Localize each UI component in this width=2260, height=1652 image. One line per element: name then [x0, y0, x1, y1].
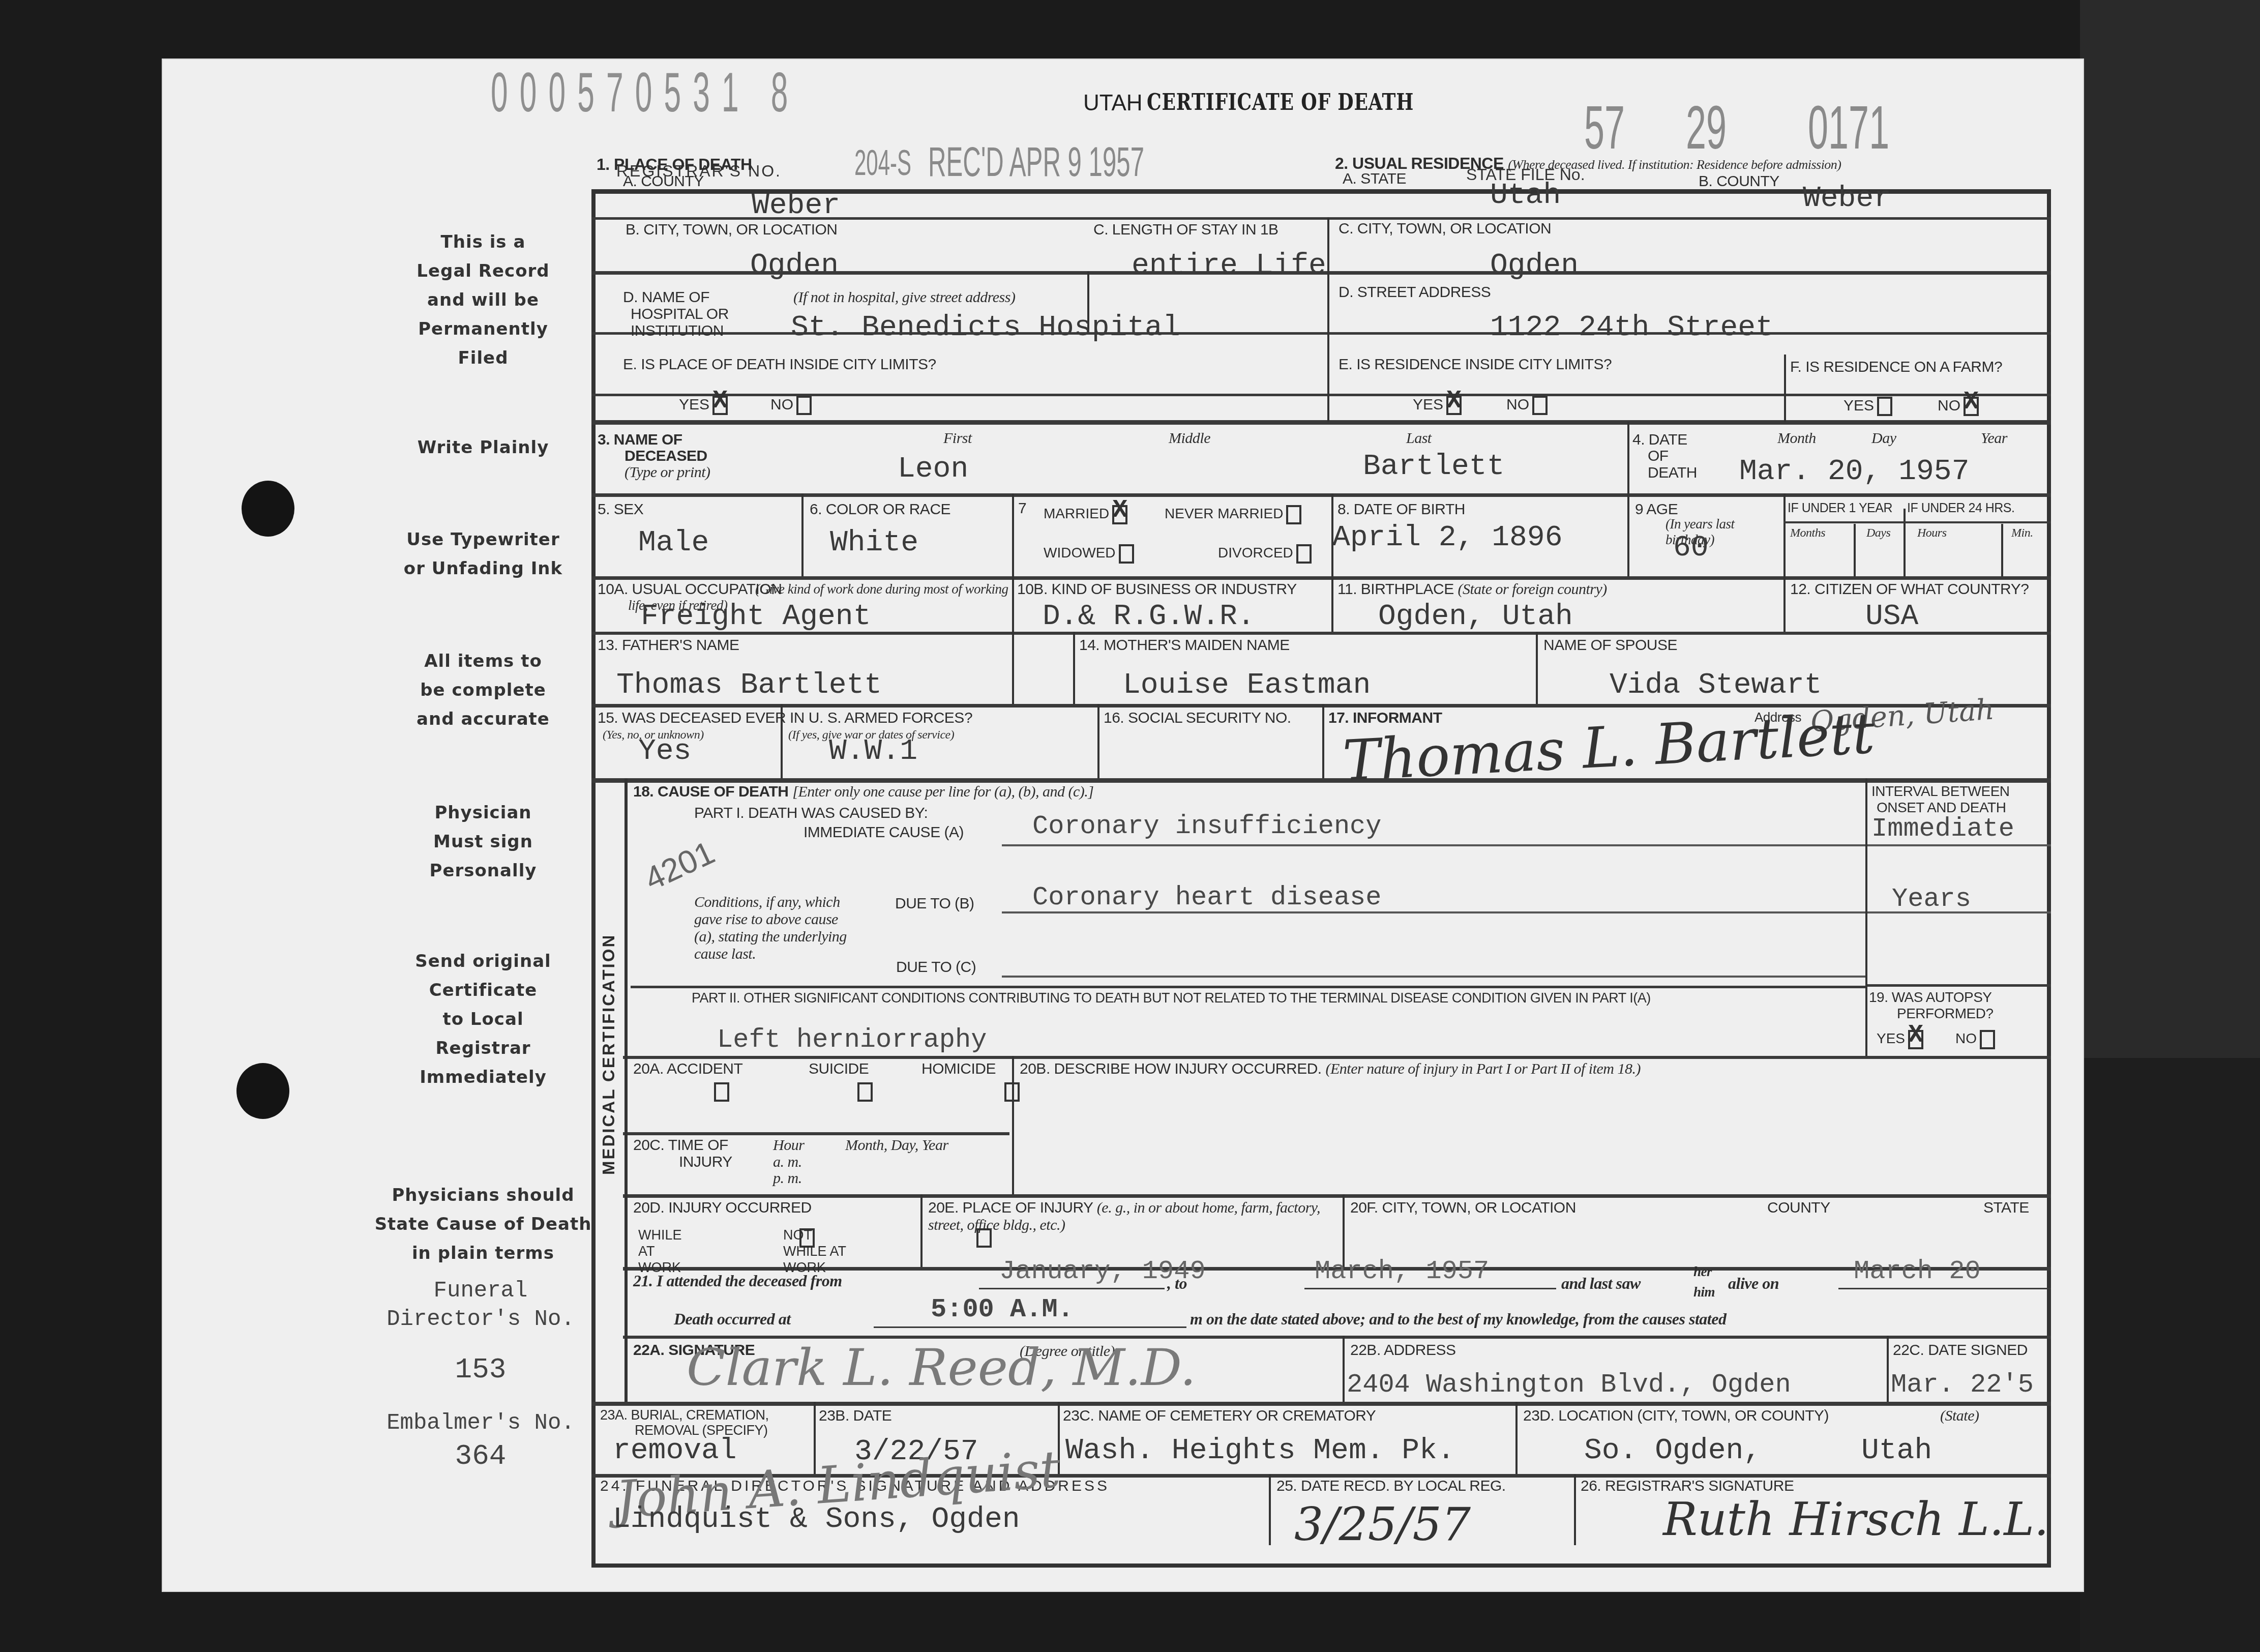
- age-value[interactable]: 60: [1673, 532, 1709, 565]
- accident-checkbox[interactable]: [714, 1082, 729, 1102]
- citizen-value[interactable]: USA: [1865, 600, 1918, 633]
- date-of-death-label-1: 4. DATE: [1632, 431, 1687, 449]
- autopsy-label-2: PERFORMED?: [1897, 1006, 1993, 1022]
- physician-signature[interactable]: Clark L. Reed, M.D.: [687, 1338, 1196, 1397]
- occupation-value[interactable]: Freight Agent: [641, 600, 871, 633]
- hospital-label-3: INSTITUTION: [631, 322, 724, 340]
- death-inside-city-no[interactable]: NO: [770, 396, 812, 415]
- first-name-value[interactable]: Leon: [898, 453, 968, 486]
- him-label: him: [1693, 1284, 1715, 1300]
- marital-divorced[interactable]: DIVORCED: [1218, 544, 1312, 564]
- residence-street-value[interactable]: 1122 24th Street: [1490, 311, 1773, 344]
- checkbox-icon[interactable]: [1296, 544, 1312, 564]
- sex-label: 5. SEX: [598, 501, 643, 518]
- checkbox-checked-icon[interactable]: [1964, 397, 1979, 416]
- time-of-injury-label-2: INJURY: [679, 1154, 732, 1171]
- date-recd-label: 25. DATE RECD. BY LOCAL REG.: [1276, 1478, 1506, 1495]
- residence-state-value[interactable]: Utah: [1490, 179, 1561, 212]
- punch-hole-bottom: [236, 1063, 289, 1119]
- hospital-hint: (If not in hospital, give street address…: [793, 289, 1015, 306]
- death-city-value[interactable]: Ogden: [750, 249, 839, 282]
- location-value[interactable]: So. Ogden,: [1584, 1434, 1761, 1467]
- place-of-injury-label: 20e. PLACE OF INJURY (e. g., in or about…: [928, 1199, 1335, 1234]
- autopsy-label-1: 19. WAS AUTOPSY: [1869, 989, 1991, 1006]
- mother-label: 14. MOTHER'S MAIDEN NAME: [1079, 637, 1290, 654]
- injury-description-label: 20b. DESCRIBE HOW INJURY OCCURRED. (Ente…: [1020, 1060, 1641, 1078]
- marital-never-married[interactable]: NEVER MARRIED: [1165, 505, 1301, 524]
- checkbox-checked-icon[interactable]: [1908, 1030, 1923, 1049]
- death-city-label: b. CITY, TOWN, OR LOCATION: [626, 221, 838, 239]
- last-saw-value[interactable]: March 20: [1854, 1256, 1981, 1286]
- suicide-checkbox[interactable]: [857, 1082, 873, 1102]
- residence-street-label: d. STREET ADDRESS: [1339, 284, 1491, 301]
- checkbox-checked-icon[interactable]: [1112, 505, 1127, 524]
- death-time-value[interactable]: 5:00 A.M.: [931, 1294, 1074, 1324]
- residence-city-value[interactable]: Ogden: [1490, 249, 1579, 282]
- date-recd-value[interactable]: 3/25/57: [1294, 1498, 1471, 1551]
- immediate-cause-label: IMMEDIATE CAUSE (a): [804, 824, 964, 841]
- citizen-label: 12. CITIZEN OF WHAT COUNTRY?: [1790, 581, 2029, 598]
- certificate-title: CERTIFICATE OF DEATH: [1147, 90, 1414, 115]
- interval-label-1: INTERVAL BETWEEN: [1871, 783, 2010, 800]
- part2-value[interactable]: Left herniorraphy: [717, 1025, 987, 1055]
- min-label: Min.: [2011, 526, 2033, 540]
- physician-address-value[interactable]: 2404 Washington Blvd., Ogden: [1347, 1370, 1791, 1400]
- autopsy-yes[interactable]: YES: [1877, 1030, 1923, 1049]
- days-label: Days: [1866, 526, 1890, 540]
- under-1-year-label: IF UNDER 1 YEAR: [1788, 501, 1892, 516]
- part1-label: PART I. DEATH WAS CAUSED BY:: [694, 805, 928, 822]
- state-file-no-part-1: 57: [1584, 93, 1625, 163]
- residence-inside-city-label: e. IS RESIDENCE INSIDE CITY LIMITS?: [1339, 356, 1612, 373]
- sex-value[interactable]: Male: [638, 526, 709, 559]
- first-name-label: First: [943, 430, 972, 447]
- dob-label: 8. DATE OF BIRTH: [1337, 501, 1465, 518]
- embalmer-no: 364: [374, 1442, 587, 1470]
- race-value[interactable]: White: [830, 526, 918, 559]
- registrar-signature[interactable]: Ruth Hirsch L.L.: [1663, 1493, 2049, 1546]
- residence-county-value[interactable]: Weber: [1803, 182, 1891, 215]
- funeral-director-no-label: Funeral Director's No.: [374, 1277, 587, 1334]
- state-file-no-part-2: 29: [1686, 93, 1727, 163]
- residence-farm-label: f. IS RESIDENCE ON A FARM?: [1790, 359, 2002, 376]
- marital-married[interactable]: MARRIED: [1044, 505, 1127, 524]
- her-label: her: [1693, 1264, 1712, 1280]
- dob-value[interactable]: April 2, 1896: [1332, 521, 1562, 554]
- month-day-year-label: Month, Day, Year: [845, 1137, 948, 1154]
- due-to-b-label: DUE TO (b): [895, 895, 974, 912]
- scan-background-right-lower: [2080, 1058, 2260, 1652]
- under-24-hrs-label: IF UNDER 24 HRS.: [1907, 501, 2014, 516]
- date-signed-label: 22c. DATE SIGNED: [1893, 1342, 2028, 1359]
- injury-county-label: COUNTY: [1767, 1199, 1830, 1217]
- last-name-label: Last: [1406, 430, 1432, 447]
- location-label: 23d. LOCATION (City, town, or county): [1523, 1407, 1829, 1425]
- margin-note-legal-record: This is a Legal Record and will be Perma…: [376, 228, 590, 373]
- funeral-director-no: 153: [374, 1355, 587, 1384]
- residence-city-label: c. CITY, TOWN, OR LOCATION: [1339, 220, 1551, 238]
- place-of-death-label: 1. PLACE OF DEATH: [597, 155, 752, 174]
- date-of-death-label-2: OF: [1648, 448, 1669, 465]
- months-label: Months: [1790, 526, 1825, 540]
- medical-certification-side-label: MEDICAL CERTIFICATION: [599, 934, 618, 1175]
- interval-a-value[interactable]: Immediate: [1871, 814, 2014, 844]
- name-label-2: DECEASED: [625, 448, 707, 465]
- pm-label: p. m.: [773, 1170, 802, 1187]
- death-county-label: a. COUNTY: [623, 173, 704, 190]
- residence-inside-city-no[interactable]: NO: [1506, 396, 1548, 415]
- race-label: 6. COLOR OR RACE: [810, 501, 950, 518]
- location-state-value[interactable]: Utah: [1861, 1434, 1932, 1467]
- checkbox-icon[interactable]: [1980, 1030, 1995, 1049]
- received-stamp: REC'D APR 9 1957: [928, 138, 1144, 186]
- birthplace-label: 11. BIRTHPLACE (State or foreign country…: [1337, 581, 1607, 598]
- residence-state-label: a. STATE: [1343, 170, 1406, 188]
- war-service-value[interactable]: W.W.1: [829, 735, 917, 768]
- funeral-director-value[interactable]: Lindquist & Sons, Ogden: [613, 1503, 1020, 1536]
- interval-b-value[interactable]: Years: [1892, 884, 1971, 914]
- conditions-text: Conditions, if any, which gave rise to a…: [694, 894, 862, 963]
- checkbox-icon[interactable]: [1286, 505, 1301, 524]
- age-label: 9 AGE: [1635, 501, 1678, 518]
- am-label: a. m.: [773, 1154, 802, 1171]
- death-occurred-label: Death occurred at: [674, 1310, 791, 1329]
- not-while-at-work-label: NOT WHILE AT WORK: [783, 1227, 849, 1276]
- residence-inside-city-yes[interactable]: YES: [1413, 396, 1462, 415]
- margin-note-send-original: Send original Certificate to Local Regis…: [376, 947, 590, 1092]
- registrar-signature-label: 26. REGISTRAR'S SIGNATURE: [1581, 1478, 1794, 1495]
- date-of-death-label-3: DEATH: [1648, 464, 1697, 482]
- armed-forces-value[interactable]: Yes: [638, 735, 691, 768]
- year-label: Year: [1981, 430, 2007, 447]
- cemetery-value[interactable]: Wash. Heights Mem. Pk.: [1065, 1434, 1455, 1467]
- accident-label: 20a. ACCIDENT: [633, 1060, 742, 1078]
- checkbox-checked-icon[interactable]: [1446, 396, 1462, 415]
- death-county-value[interactable]: Weber: [752, 189, 840, 222]
- name-label-3: (Type or print): [625, 464, 710, 481]
- injury-occurred-label: 20d. INJURY OCCURRED: [633, 1199, 812, 1217]
- business-label: 10b. KIND OF BUSINESS OR INDUSTRY: [1017, 581, 1297, 598]
- margin-note-typewriter: Use Typewriter or Unfading Ink: [376, 525, 590, 583]
- homicide-label: HOMICIDE: [921, 1060, 996, 1078]
- time-of-injury-label-1: 20c. TIME OF: [633, 1137, 728, 1154]
- death-inside-city-yes[interactable]: YES: [679, 396, 728, 415]
- last-saw-label: and last saw: [1561, 1274, 1641, 1293]
- mother-value[interactable]: Louise Eastman: [1123, 669, 1371, 702]
- checkbox-icon[interactable]: [796, 396, 812, 415]
- residence-farm-yes[interactable]: YES: [1843, 397, 1892, 416]
- checkbox-icon[interactable]: [1877, 397, 1892, 416]
- alive-on-label: alive on: [1728, 1274, 1779, 1293]
- autopsy-no[interactable]: NO: [1955, 1030, 1995, 1049]
- burial-date-label: 23b. DATE: [819, 1407, 891, 1425]
- last-name-value[interactable]: Bartlett: [1363, 450, 1504, 483]
- death-time-suffix: m on the date stated above; and to the b…: [1190, 1310, 1726, 1329]
- ssn-label: 16. SOCIAL SECURITY NO.: [1104, 710, 1291, 727]
- attended-to-value[interactable]: March, 1957: [1315, 1256, 1489, 1286]
- middle-name-label: Middle: [1169, 430, 1210, 447]
- attended-to-label: , to: [1167, 1274, 1187, 1293]
- hospital-label-1: d. NAME OF: [623, 289, 709, 306]
- title-state: UTAH: [1083, 91, 1143, 116]
- while-at-work-label: WHILE AT WORK: [638, 1227, 694, 1276]
- state-file-no-part-3: 0171: [1808, 93, 1889, 163]
- part2-label: PART II. OTHER SIGNIFICANT CONDITIONS CO…: [692, 990, 1651, 1006]
- length-of-stay-value[interactable]: entire Life: [1132, 249, 1326, 282]
- cemetery-label: 23c. NAME OF CEMETERY OR CREMATORY: [1063, 1407, 1376, 1425]
- spouse-label: NAME OF SPOUSE: [1543, 637, 1677, 654]
- immediate-cause-value[interactable]: Coronary insufficiency: [1032, 811, 1382, 841]
- marital-widowed[interactable]: WIDOWED: [1044, 544, 1134, 564]
- attended-prefix: 21. I attended the deceased from: [633, 1272, 842, 1290]
- burial-value[interactable]: removal: [613, 1434, 737, 1467]
- due-to-b-value[interactable]: Coronary heart disease: [1032, 882, 1382, 912]
- name-label-1: 3. NAME OF: [598, 431, 682, 449]
- hospital-label-2: HOSPITAL OR: [631, 306, 729, 323]
- registrars-no-value: 204-S: [854, 142, 911, 183]
- residence-farm-no[interactable]: NO: [1938, 397, 1979, 416]
- serial-number: 000570531 8: [491, 60, 799, 125]
- usual-residence-label: 2. USUAL RESIDENCE (Where deceased lived…: [1335, 154, 1841, 173]
- physician-address-label: 22b. ADDRESS: [1350, 1342, 1455, 1359]
- injury-state-label: STATE: [1983, 1199, 2029, 1217]
- date-signed-value[interactable]: Mar. 22'5: [1891, 1370, 2034, 1400]
- month-label: Month: [1777, 430, 1816, 447]
- embalmer-no-label: Embalmer's No.: [374, 1409, 587, 1437]
- checkbox-checked-icon[interactable]: [712, 396, 728, 415]
- homicide-checkbox[interactable]: [1004, 1082, 1020, 1102]
- due-to-c-label: DUE TO (c): [896, 959, 976, 976]
- marital-label: 7: [1018, 500, 1026, 517]
- margin-note-write-plainly: Write Plainly: [376, 433, 590, 462]
- residence-county-label: b. COUNTY: [1699, 173, 1779, 190]
- business-value[interactable]: D.& R.G.W.R.: [1043, 600, 1255, 633]
- checkbox-icon[interactable]: [1119, 544, 1134, 564]
- day-label: Day: [1871, 430, 1896, 447]
- checkbox-icon[interactable]: [1532, 396, 1548, 415]
- cause-of-death-label: 18. CAUSE OF DEATH [Enter only one cause…: [633, 783, 1093, 801]
- hours-label: Hours: [1917, 526, 1947, 540]
- father-label: 13. FATHER'S NAME: [598, 637, 739, 654]
- location-state-label: (State): [1940, 1407, 1979, 1425]
- date-of-death-value[interactable]: Mar. 20, 1957: [1739, 455, 1969, 488]
- armed-forces-label: 15. WAS DECEASED EVER IN U. S. ARMED FOR…: [598, 710, 972, 727]
- margin-note-physician-sign: Physician Must sign Personally: [376, 799, 590, 886]
- burial-label-1: 23a. BURIAL, CREMATION,: [600, 1407, 769, 1423]
- spouse-value[interactable]: Vida Stewart: [1610, 669, 1822, 702]
- injury-city-label: 20f. CITY, TOWN, OR LOCATION: [1350, 1199, 1576, 1217]
- hospital-value[interactable]: St. Benedicts Hospital: [791, 311, 1180, 344]
- hour-label: Hour: [773, 1137, 804, 1154]
- suicide-label: SUICIDE: [809, 1060, 869, 1078]
- death-inside-city-label: e. IS PLACE OF DEATH INSIDE CITY LIMITS?: [623, 356, 936, 373]
- margin-note-cause-plain-terms: Physicians should State Cause of Death i…: [366, 1181, 600, 1268]
- length-of-stay-label: c. LENGTH OF STAY IN 1b: [1093, 221, 1278, 239]
- punch-hole-top: [242, 481, 294, 537]
- birthplace-value[interactable]: Ogden, Utah: [1378, 600, 1573, 633]
- father-value[interactable]: Thomas Bartlett: [616, 669, 882, 702]
- margin-note-complete-accurate: All items to be complete and accurate: [376, 647, 590, 734]
